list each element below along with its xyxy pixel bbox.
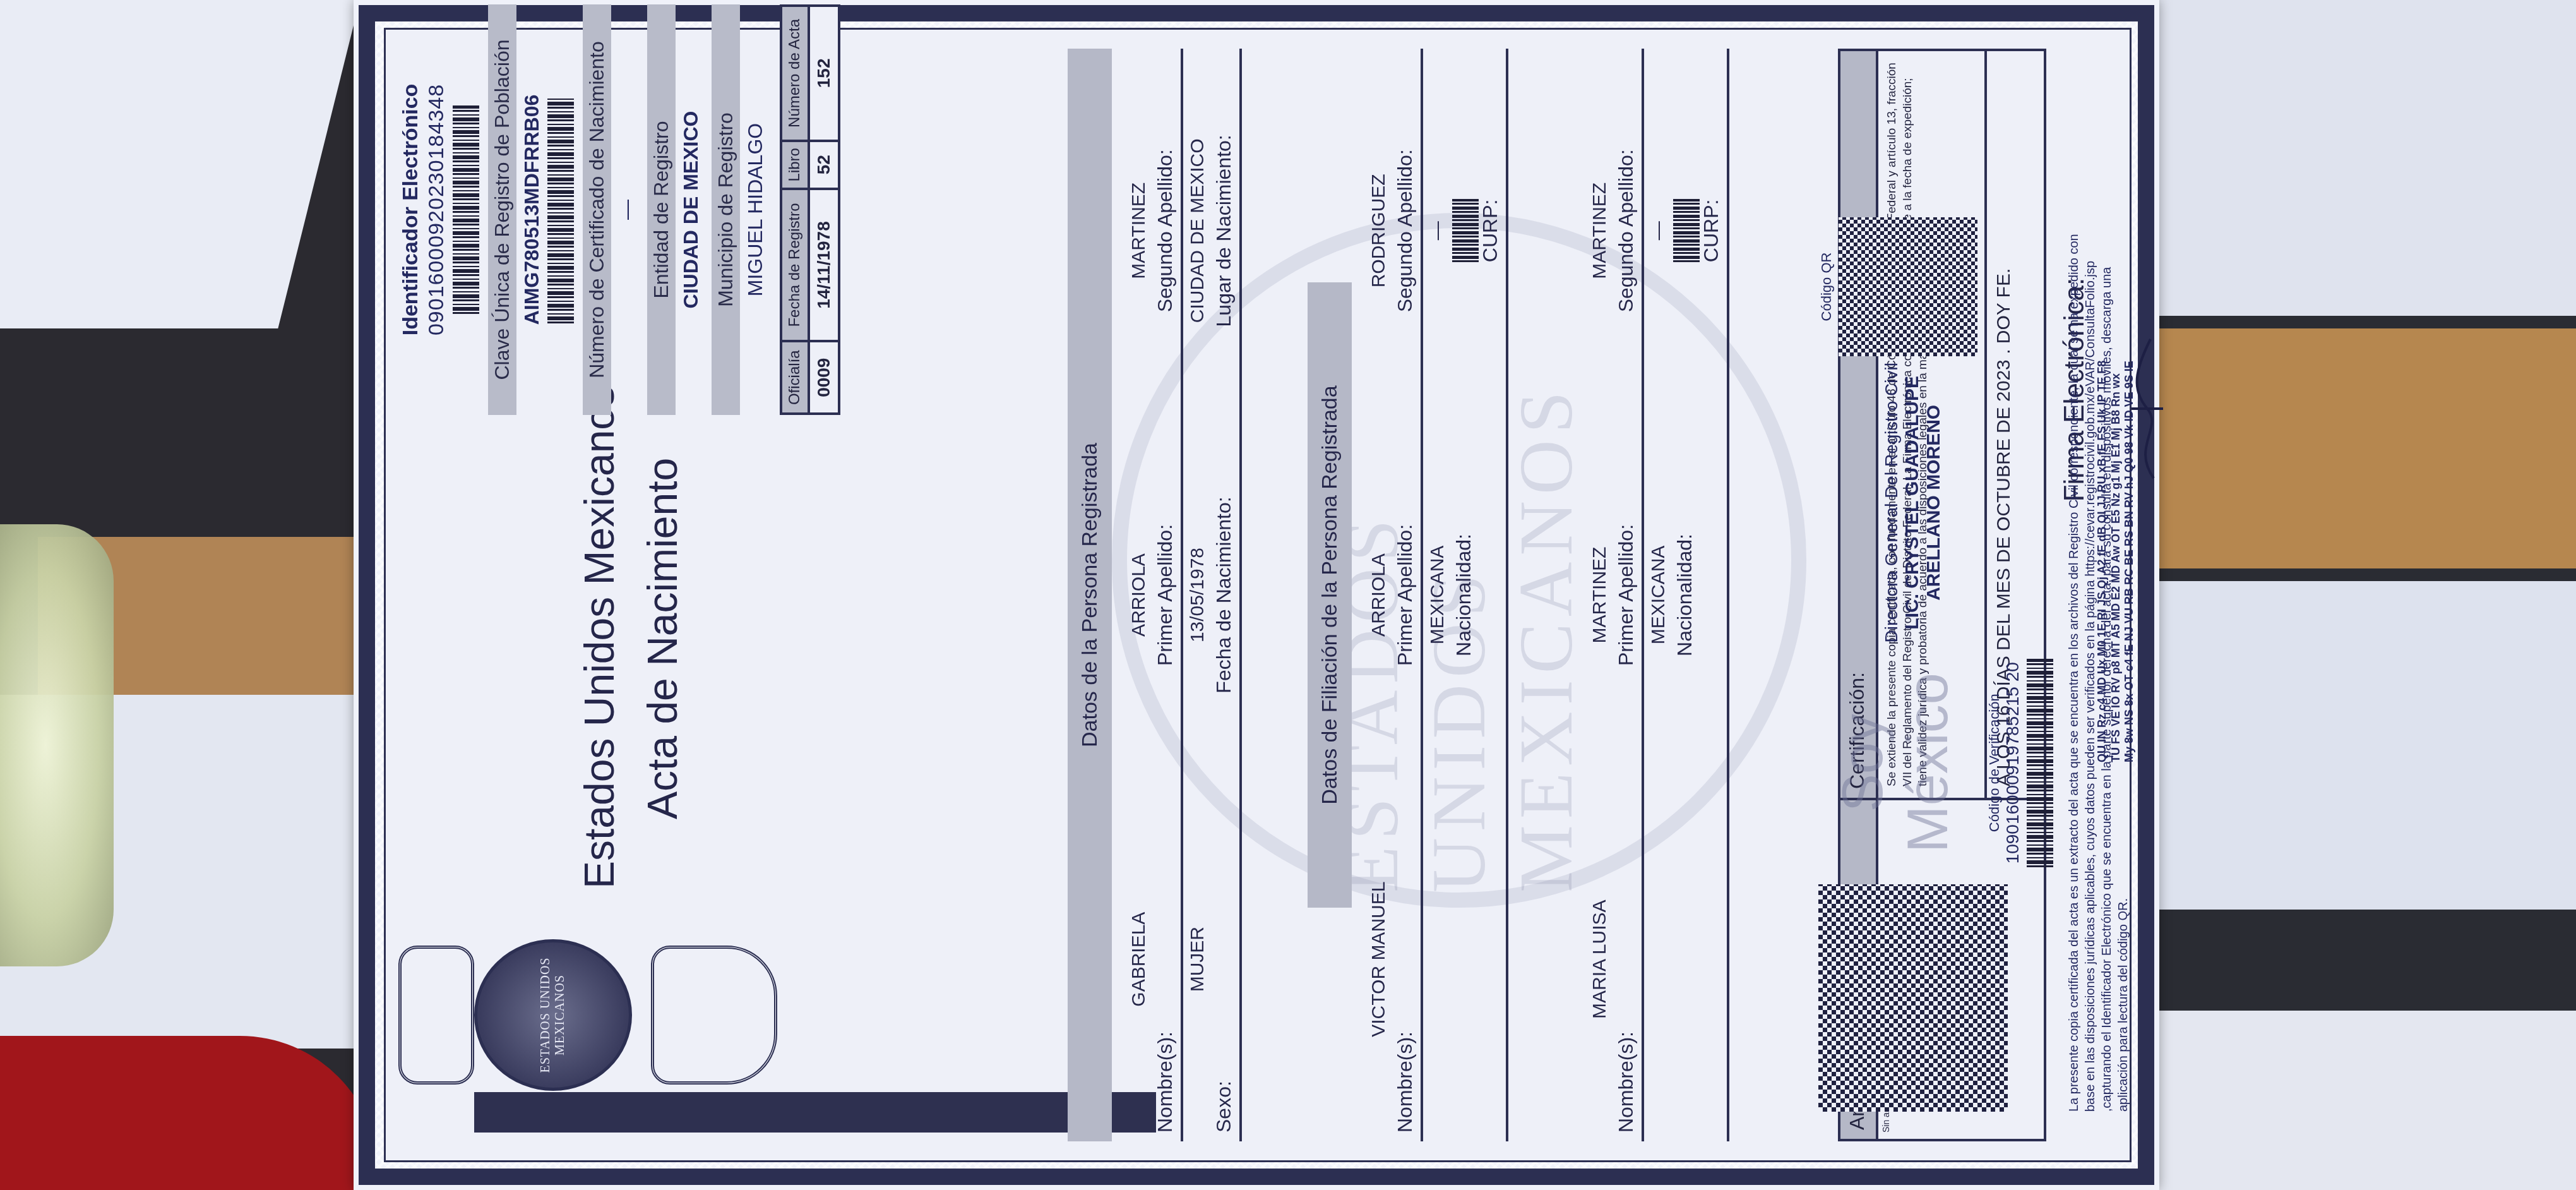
field-empty [1644, 777, 1729, 1141]
rotated-lower: Soy México Código de Verificación 109016… [1818, 189, 2132, 1137]
verification-block [1818, 879, 2008, 1112]
person-section-title: Datos de la Persona Registrada [1068, 49, 1112, 1141]
field-label: Segundo Apellido: [1393, 57, 1417, 404]
field-value: — [1427, 221, 1448, 240]
field-label: Sexo: [1212, 786, 1236, 1133]
registry-table: Oficialía Fecha de Registro Libro Número… [780, 4, 840, 415]
table-header-libro: Libro [781, 141, 809, 189]
field-label: Lugar de Nacimiento: [1212, 57, 1236, 404]
verification-value: 109016000919785215 20 [2003, 647, 2023, 879]
signatory-role: Directora General Del Registro Civil [1881, 359, 1902, 647]
field-label: Segundo Apellido: [1614, 57, 1638, 404]
lower-document-area: Soy México Código de Verificación 109016… [1818, 189, 2197, 1137]
curp-label: Clave Única de Registro de Población [488, 4, 516, 415]
field-curp: — CURP: [1423, 49, 1508, 413]
field-lugar-nacimiento: CIUDAD DE MEXICO Lugar de Nacimiento: [1183, 49, 1242, 413]
field-value: ARRIOLA [1128, 422, 1154, 769]
national-seal-icon: ESTADOS UNIDOS MEXICANOS [474, 939, 632, 1091]
field-value: GABRIELA [1128, 786, 1154, 1133]
table-cell-numero-acta: 152 [809, 6, 839, 141]
field-curp: — CURP: [1644, 49, 1729, 413]
seal-text: ESTADOS UNIDOS MEXICANOS [539, 942, 568, 1088]
fabric-white-band [2147, 0, 2576, 316]
field-empty [1423, 777, 1508, 1141]
field-fecha-nacimiento: 13/05/1978 Fecha de Nacimiento: [1183, 413, 1242, 778]
field-value: CIUDAD DE MEXICO [1187, 57, 1212, 404]
field-sexo: MUJER Sexo: [1183, 777, 1242, 1141]
field-label: Nombre(s): [1614, 786, 1638, 1133]
field-primer-apellido: MARTINEZ Primer Apellido: [1585, 413, 1644, 778]
field-label: Fecha de Nacimiento: [1212, 422, 1236, 769]
field-nombre: MARIA LUISA Nombre(s): [1585, 777, 1644, 1141]
curp-barcode [1452, 199, 1479, 262]
aztec-ornament-icon [651, 946, 777, 1085]
footer-legal-text: La presente copia certificada del acta e… [2053, 189, 2132, 1137]
registry-municipality-value: MIGUEL HIDALGO [744, 4, 767, 415]
fabric-white-band [2147, 581, 2576, 910]
field-value: 13/05/1978 [1187, 422, 1212, 769]
field-segundo-apellido: MARTINEZ Segundo Apellido: [1585, 49, 1644, 413]
field-value: MEXICANA [1427, 422, 1452, 769]
signatory-name: LIC. CRYSTEL GUADALUPE ARELLANO MORENO [1902, 359, 1945, 647]
table-cell-libro: 52 [809, 141, 839, 189]
field-label: Primer Apellido: [1614, 422, 1638, 769]
field-label: Nacionalidad: [1673, 422, 1696, 769]
filiation-section-title: Datos de Filiación de la Persona Registr… [1308, 282, 1352, 908]
document-title: Acta de Nacimiento [638, 458, 686, 819]
signatory-block: Directora General Del Registro Civil LIC… [1818, 359, 1945, 647]
registry-entity-label: Entidad de Registro [647, 4, 676, 415]
field-nombre: GABRIELA Nombre(s): [1124, 777, 1183, 1141]
registry-municipality-label: Municipio de Registro [712, 4, 740, 415]
field-value: MARTINEZ [1589, 57, 1614, 404]
field-value: MARIA LUISA [1589, 786, 1614, 1133]
glass-jar [0, 524, 114, 966]
curp-barcode [547, 96, 574, 323]
identifier-label: Identificador Electrónico [398, 4, 423, 415]
field-value: VICTOR MANUEL [1368, 786, 1393, 1133]
field-value: ARRIOLA [1368, 422, 1393, 769]
registry-info: Identificador Electrónico 09016000920230… [398, 4, 840, 415]
header: ESTADOS UNIDOS MEXICANOS Estados Unidos … [386, 30, 1042, 1160]
qr-label: Código QR [1818, 215, 1835, 359]
table-header-fecha-registro: Fecha de Registro [781, 189, 809, 342]
registry-entity-value: CIUDAD DE MEXICO [679, 4, 703, 415]
person-fields: GABRIELA Nombre(s): ARRIOLA Primer Apell… [1124, 49, 1242, 1141]
field-nacionalidad: MEXICANA Nacionalidad: [1423, 413, 1508, 778]
table-cell-fecha-registro: 14/11/1978 [809, 189, 839, 342]
field-nacionalidad: MEXICANA Nacionalidad: [1644, 413, 1729, 778]
qr-block: Código QR [1818, 215, 1981, 359]
verification-code: Soy México Código de Verificación 109016… [1818, 647, 2053, 879]
country-title: Estados Unidos Mexicanos [575, 386, 623, 889]
table-header-oficialia: Oficialía [781, 341, 809, 414]
table-header-numero-acta: Número de Acta [781, 6, 809, 141]
verification-label: Código de Verificación [1986, 647, 2003, 879]
curp-value: AIMG780513MDFRRB06 [520, 4, 544, 415]
certificate-number-value: — [615, 4, 638, 415]
qr-code-icon [1839, 217, 1977, 356]
field-segundo-apellido: MARTINEZ Segundo Apellido: [1124, 49, 1183, 413]
identifier-barcode [453, 105, 479, 314]
field-label: Nacionalidad: [1452, 422, 1476, 769]
field-value: MEXICANA [1648, 422, 1673, 769]
field-primer-apellido: ARRIOLA Primer Apellido: [1124, 413, 1183, 778]
field-value: RODRIGUEZ [1368, 57, 1393, 404]
certificate-number-label: Número de Certificado de Nacimiento [583, 4, 611, 415]
field-primer-apellido: ARRIOLA Primer Apellido: [1364, 413, 1423, 778]
field-nombre: VICTOR MANUEL Nombre(s): [1364, 777, 1423, 1141]
fabric-tan-band [2159, 328, 2576, 568]
parent-2: MARIA LUISA Nombre(s): MARTINEZ Primer A… [1585, 49, 1729, 1141]
field-value: MARTINEZ [1128, 57, 1154, 404]
field-label: Primer Apellido: [1154, 422, 1177, 769]
qr-code-icon [1818, 884, 2008, 1112]
table-cell-oficialia: 0009 [809, 341, 839, 414]
parent-1: VICTOR MANUEL Nombre(s): ARRIOLA Primer … [1364, 49, 1508, 1141]
field-label: CURP: [1479, 57, 1502, 404]
verification-barcode [2027, 659, 2053, 867]
field-label: CURP: [1700, 57, 1723, 404]
field-value: MARTINEZ [1589, 422, 1614, 769]
field-value: MUJER [1187, 786, 1212, 1133]
fabric-white-band [2147, 1011, 2576, 1190]
field-segundo-apellido: RODRIGUEZ Segundo Apellido: [1364, 49, 1423, 413]
aztec-ornament-icon [398, 946, 474, 1085]
curp-barcode [1673, 199, 1700, 262]
identifier-value: 09016000920230184348 [424, 4, 449, 415]
field-label: Nombre(s): [1154, 786, 1177, 1133]
field-label: Segundo Apellido: [1154, 57, 1177, 404]
brand-logo: Soy México [1831, 647, 1961, 879]
field-label: Primer Apellido: [1393, 422, 1417, 769]
field-value: — [1648, 221, 1669, 240]
field-label: Nombre(s): [1393, 786, 1417, 1133]
